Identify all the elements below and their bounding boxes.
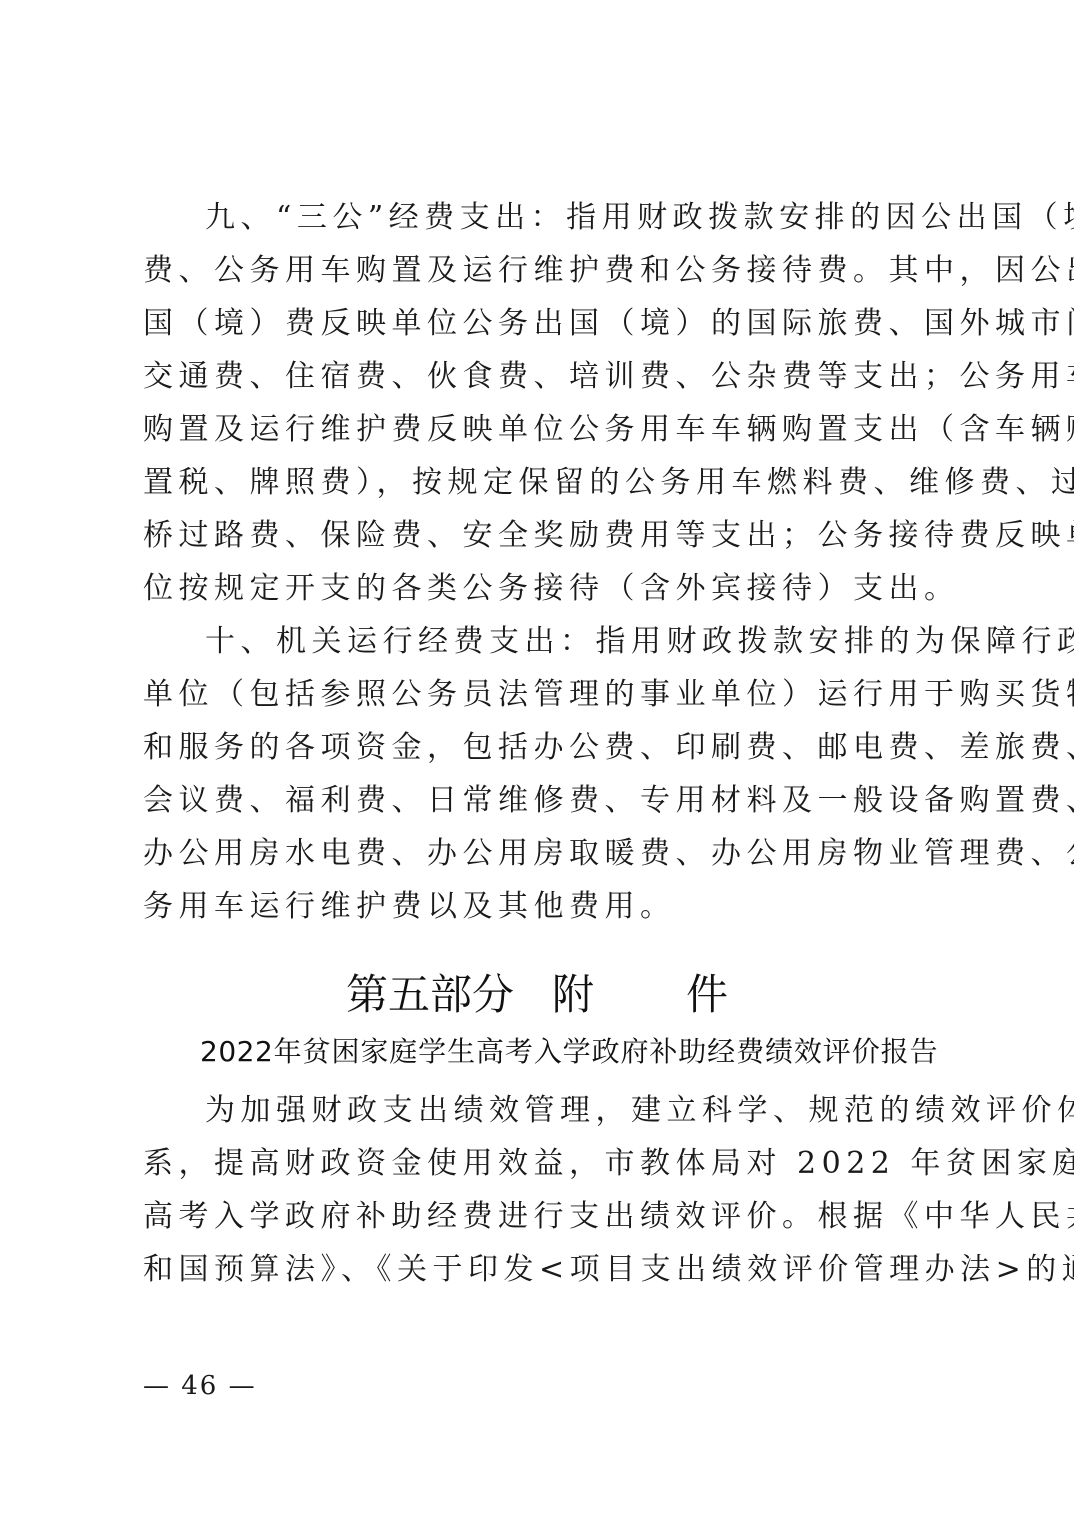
paragraph-line: 单位（包括参照公务员法管理的事业单位）运行用于购买货物 xyxy=(143,675,935,715)
document-page: 九、“三公”经费支出：指用财政拨款安排的因公出国（境） 费、公务用车购置及运行维… xyxy=(0,0,1074,1520)
paragraph-line: 九、“三公”经费支出：指用财政拨款安排的因公出国（境） xyxy=(205,198,935,238)
paragraph-line: 和国预算法》、《关于印发<项目支出绩效评价管理办法>的通 xyxy=(143,1250,935,1290)
paragraph-line: 和服务的各项资金，包括办公费、印刷费、邮电费、差旅费、 xyxy=(143,728,935,768)
page-number: — 46 — xyxy=(143,1370,257,1402)
paragraph-line: 会议费、福利费、日常维修费、专用材料及一般设备购置费、 xyxy=(143,781,935,821)
report-title: 2022年贫困家庭学生高考入学政府补助经费绩效评价报告 xyxy=(200,1032,938,1072)
paragraph-line: 国（境）费反映单位公务出国（境）的国际旅费、国外城市间 xyxy=(143,304,935,344)
paragraph-line: 十、机关运行经费支出：指用财政拨款安排的为保障行政 xyxy=(205,622,935,662)
paragraph-line: 高考入学政府补助经费进行支出绩效评价。根据《中华人民共 xyxy=(143,1197,935,1237)
paragraph-line: 系，提高财政资金使用效益，市教体局对 2022 年贫困家庭学生 xyxy=(143,1144,935,1184)
heading-char-jian: 件 xyxy=(686,970,728,1019)
paragraph-line: 桥过路费、保险费、安全奖励费用等支出；公务接待费反映单 xyxy=(143,516,935,556)
paragraph-line: 务用车运行维护费以及其他费用。 xyxy=(143,887,935,927)
paragraph-line: 交通费、住宿费、伙食费、培训费、公杂费等支出；公务用车 xyxy=(143,357,935,397)
heading-part-label: 第五部分 xyxy=(346,970,514,1019)
paragraph-line: 置税、牌照费），按规定保留的公务用车燃料费、维修费、过 xyxy=(143,463,935,503)
paragraph-line: 购置及运行维护费反映单位公务用车车辆购置支出（含车辆购 xyxy=(143,410,935,450)
paragraph-line: 为加强财政支出绩效管理，建立科学、规范的绩效评价体 xyxy=(205,1091,935,1131)
heading-char-fu: 附 xyxy=(552,970,594,1019)
paragraph-line: 位按规定开支的各类公务接待（含外宾接待）支出。 xyxy=(143,569,935,609)
paragraph-line: 费、公务用车购置及运行维护费和公务接待费。其中，因公出 xyxy=(143,251,935,291)
paragraph-line: 办公用房水电费、办公用房取暖费、办公用房物业管理费、公 xyxy=(143,834,935,874)
part-five-heading: 第五部分附件 xyxy=(0,968,1074,1022)
